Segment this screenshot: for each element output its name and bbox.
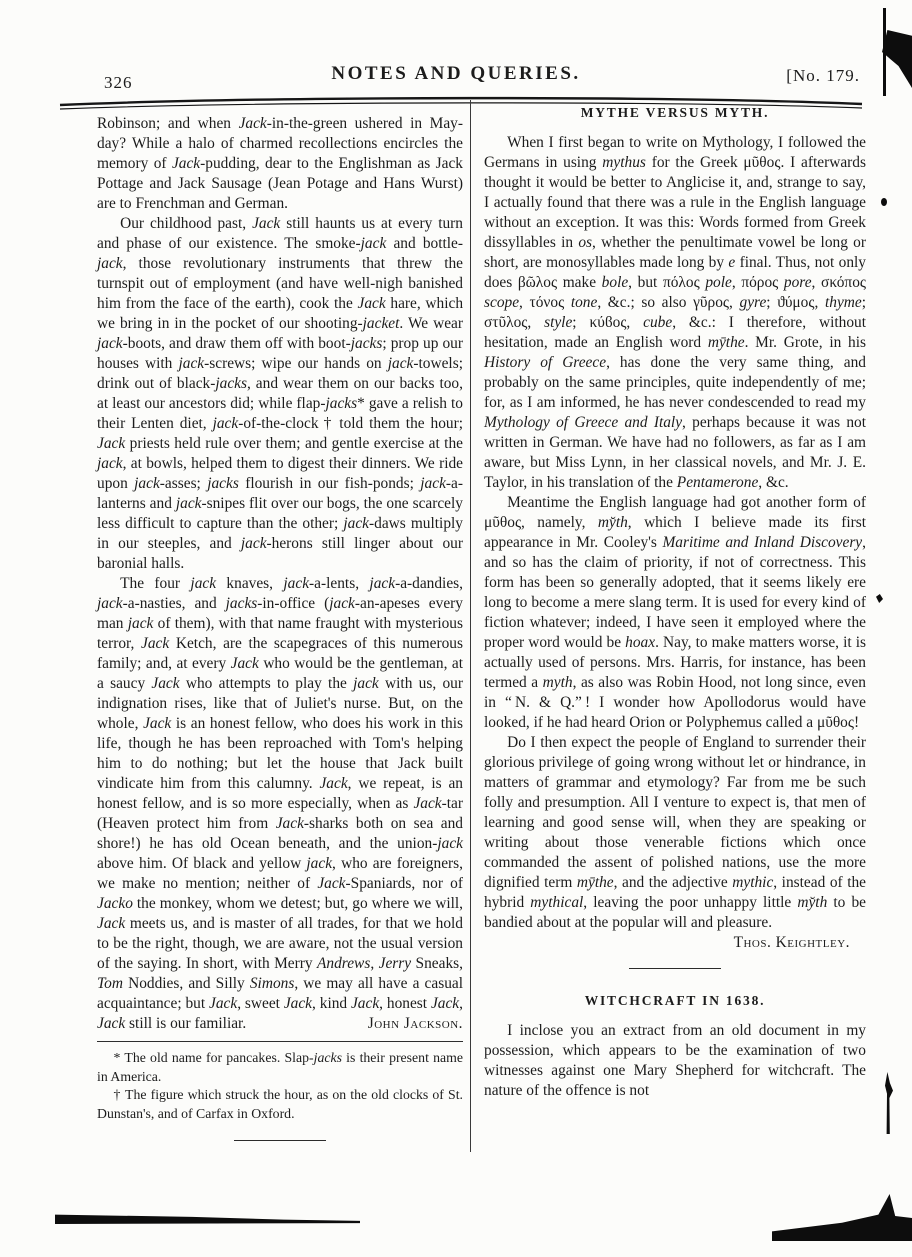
article-heading-witchcraft: WITCHCRAFT IN 1638. [484, 991, 866, 1011]
scan-artifact-bottom-blob [772, 1193, 912, 1241]
paragraph: Robinson; and when Jack-in-the-green ush… [97, 114, 463, 214]
footnote-block: * The old name for pancakes. Slap-jacks … [97, 1041, 463, 1123]
author-signature: John Jackson. [345, 1014, 463, 1034]
footnote-clocks: † The figure which struck the hour, as o… [97, 1086, 463, 1123]
scanned-document-page: 326 NOTES AND QUERIES. [No. 179. Robinso… [0, 0, 912, 1257]
scan-artifact-speck [876, 594, 883, 603]
paragraph: Meantime the English language had got an… [484, 493, 866, 733]
scan-artifact-speck [881, 198, 887, 206]
footnote-pancakes: * The old name for pancakes. Slap-jacks … [97, 1049, 463, 1086]
scan-artifact-edge-line [883, 8, 886, 96]
paragraph: I inclose you an extract from an old doc… [484, 1021, 866, 1101]
author-signature: Thos. Keightley. [484, 933, 866, 953]
scan-artifact-edge-mark [885, 1072, 893, 1134]
paragraph: Our childhood past, Jack still haunts us… [97, 214, 463, 574]
left-column: Robinson; and when Jack-in-the-green ush… [97, 114, 463, 1158]
section-end-rule [234, 1140, 326, 1141]
article-heading-mythe: MYTHE VERSUS MYTH. [484, 103, 866, 123]
journal-title: NOTES AND QUERIES. [0, 63, 912, 85]
paragraph: The four jack knaves, jack-a-lents, jack… [97, 574, 463, 1034]
article-separator-rule [629, 968, 721, 969]
paragraph: Do I then expect the people of England t… [484, 733, 866, 933]
right-column: MYTHE VERSUS MYTH. When I first began to… [484, 103, 866, 1101]
scan-artifact-bottom-bar [55, 1213, 360, 1224]
issue-number: [No. 179. [786, 66, 860, 86]
column-divider-rule [470, 100, 471, 1152]
paragraph: When I first began to write on Mythology… [484, 133, 866, 493]
